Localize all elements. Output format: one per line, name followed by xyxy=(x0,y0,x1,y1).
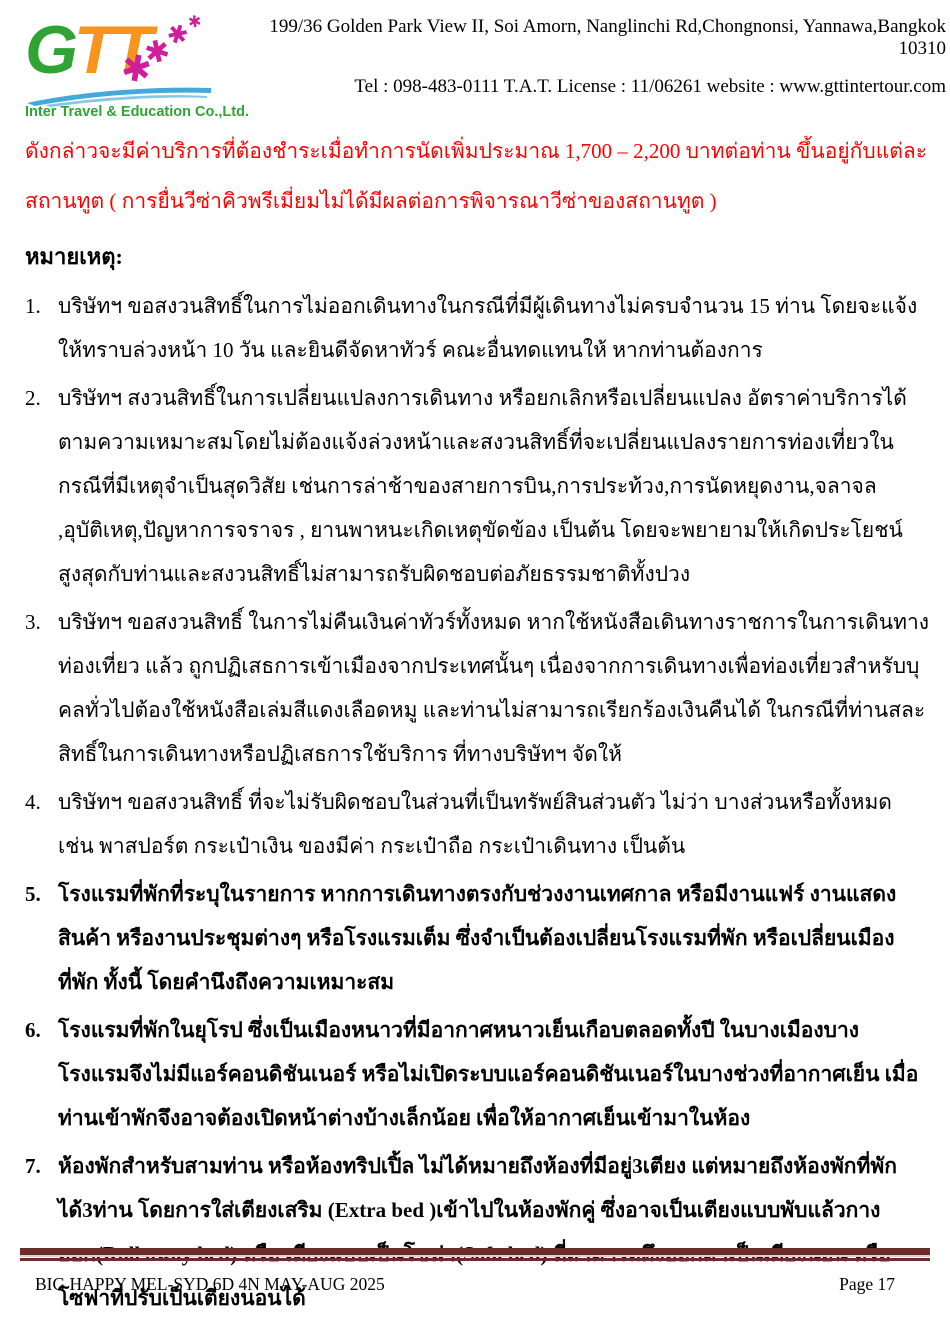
logo-subtitle: Inter Travel & Education Co.,Ltd. xyxy=(25,104,249,120)
note-item-4: 4. บริษัทฯ ขอสงวนสิทธิ์ ที่จะไม่รับผิดชอ… xyxy=(25,780,930,868)
document-page: GTT ✱ ✱ ✱ ✱ Inter Travel & Education Co.… xyxy=(0,0,950,1322)
note-text: โรงแรมที่พักที่ระบุในรายการ หากการเดินทา… xyxy=(58,872,930,1004)
note-number: 2. xyxy=(25,376,58,596)
logo-letter-g: G xyxy=(25,12,74,88)
note-item-1: 1. บริษัทฯ ขอสงวนสิทธิ์ในการไม่ออกเดินทา… xyxy=(25,284,930,372)
company-logo: GTT ✱ ✱ ✱ ✱ Inter Travel & Education Co.… xyxy=(25,12,215,122)
note-number: 5. xyxy=(25,872,58,1004)
note-item-2: 2. บริษัทฯ สงวนสิทธิ์ในการเปลี่ยนแปลงการ… xyxy=(25,376,930,596)
note-number: 3. xyxy=(25,600,58,776)
note-number: 1. xyxy=(25,284,58,372)
footer-divider-rule xyxy=(20,1248,930,1261)
page-footer: BIG HAPPY MEL-SYD 6D 4N MAY-AUG 2025 Pag… xyxy=(35,1272,895,1296)
footer-rule-light xyxy=(20,1255,930,1257)
note-text: บริษัทฯ สงวนสิทธิ์ในการเปลี่ยนแปลงการเดิ… xyxy=(58,376,930,596)
note-number: 4. xyxy=(25,780,58,868)
flower-icon: ✱ xyxy=(164,19,192,49)
contact-line: Tel : 098-483-0111 T.A.T. License : 11/0… xyxy=(225,76,946,98)
note-text: โรงแรมที่พักในยุโรป ซึ่งเป็นเมืองหนาวที่… xyxy=(58,1008,930,1140)
footer-rule-thin xyxy=(20,1258,930,1261)
note-item-5: 5. โรงแรมที่พักที่ระบุในรายการ หากการเดิ… xyxy=(25,872,930,1004)
document-body: ดังกล่าวจะมีค่าบริการที่ต้องชำระเมื่อทำก… xyxy=(25,126,930,1320)
notes-heading: หมายเหตุ: xyxy=(25,234,930,280)
note-text: บริษัทฯ ขอสงวนสิทธิ์ ในการไม่คืนเงินค่าท… xyxy=(58,600,930,776)
company-address-block: 199/36 Golden Park View II, Soi Amorn, N… xyxy=(225,16,946,98)
footer-rule-thick xyxy=(20,1248,930,1255)
note-text: บริษัทฯ ขอสงวนสิทธิ์ในการไม่ออกเดินทางใน… xyxy=(58,284,930,372)
flower-icon: ✱ xyxy=(187,13,202,30)
footer-tour-code: BIG HAPPY MEL-SYD 6D 4N MAY-AUG 2025 xyxy=(35,1272,385,1296)
footer-page-number: Page 17 xyxy=(839,1272,895,1296)
page-header: GTT ✱ ✱ ✱ ✱ Inter Travel & Education Co.… xyxy=(0,0,950,126)
visa-fee-note-paragraph: ดังกล่าวจะมีค่าบริการที่ต้องชำระเมื่อทำก… xyxy=(25,126,930,226)
note-text: บริษัทฯ ขอสงวนสิทธิ์ ที่จะไม่รับผิดชอบใน… xyxy=(58,780,930,868)
note-item-6: 6. โรงแรมที่พักในยุโรป ซึ่งเป็นเมืองหนาว… xyxy=(25,1008,930,1140)
address-line: 199/36 Golden Park View II, Soi Amorn, N… xyxy=(225,16,946,60)
note-number: 6. xyxy=(25,1008,58,1140)
note-item-3: 3. บริษัทฯ ขอสงวนสิทธิ์ ในการไม่คืนเงินค… xyxy=(25,600,930,776)
